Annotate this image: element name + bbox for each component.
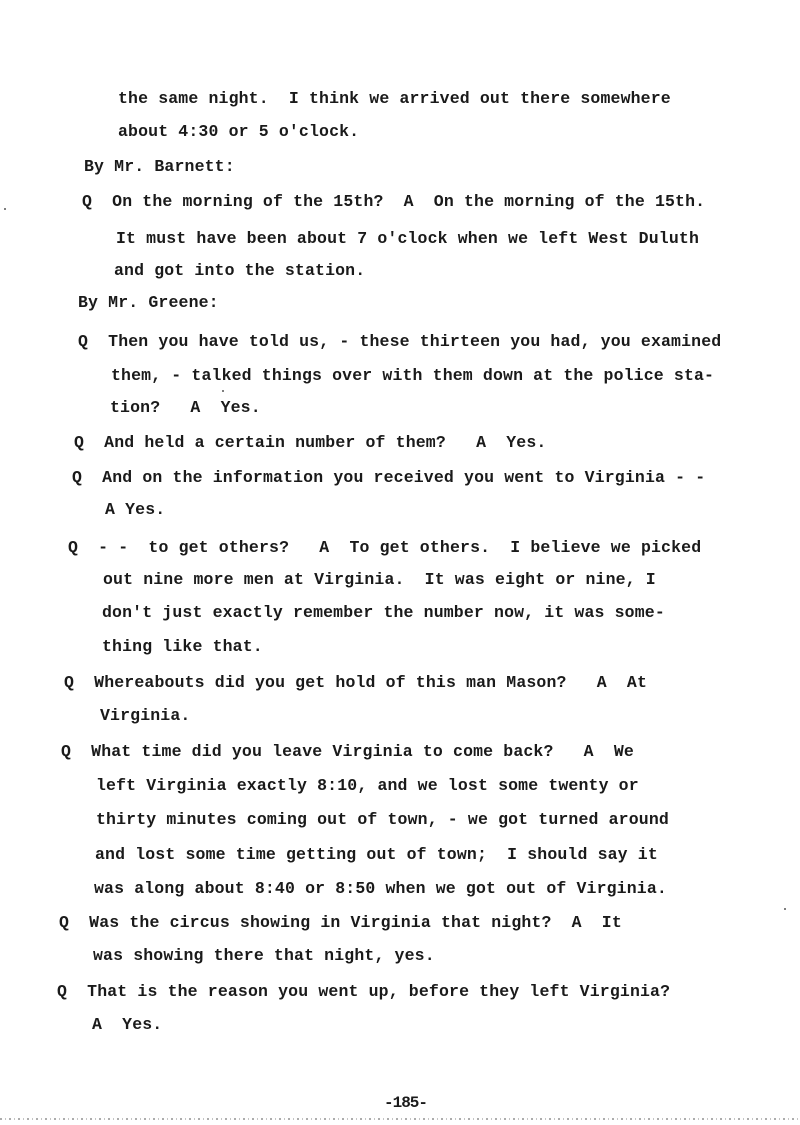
transcript-line: A Yes. <box>105 500 165 520</box>
transcript-line: and lost some time getting out of town; … <box>95 845 658 865</box>
answer-line: A Yes. <box>92 1015 162 1035</box>
question-line: Q - - to get others? A To get others. I … <box>68 538 701 558</box>
scan-edge-artifact <box>0 1118 800 1120</box>
transcript-line: Virginia. <box>100 706 190 726</box>
transcript-line: about 4:30 or 5 o'clock. <box>118 122 359 142</box>
page-number: -185- <box>384 1093 427 1113</box>
examiner-heading: By Mr. Greene: <box>78 293 219 313</box>
question-line: Q And on the information you received yo… <box>72 468 705 488</box>
question-line: Q And held a certain number of them? A Y… <box>74 433 546 453</box>
transcript-line: don't just exactly remember the number n… <box>102 603 665 623</box>
question-line: Q Then you have told us, - these thirtee… <box>78 332 721 352</box>
question-line: Q That is the reason you went up, before… <box>57 982 670 1002</box>
question-line: Q Whereabouts did you get hold of this m… <box>64 673 647 693</box>
transcript-line: thing like that. <box>102 637 263 657</box>
transcript-line: them, - talked things over with them dow… <box>111 366 714 386</box>
question-line: Q Was the circus showing in Virginia tha… <box>59 913 622 933</box>
transcript-line: and got into the station. <box>114 261 365 281</box>
scan-speck <box>784 908 786 910</box>
scan-speck <box>222 390 224 392</box>
transcript-line: was along about 8:40 or 8:50 when we got… <box>94 879 667 899</box>
transcript-line: was showing there that night, yes. <box>93 946 435 966</box>
transcript-line: left Virginia exactly 8:10, and we lost … <box>96 776 639 796</box>
examiner-heading: By Mr. Barnett: <box>84 157 235 177</box>
transcript-line: thirty minutes coming out of town, - we … <box>96 810 669 830</box>
question-line: Q What time did you leave Virginia to co… <box>61 742 634 762</box>
transcript-line: tion? A Yes. <box>110 398 261 418</box>
transcript-line: It must have been about 7 o'clock when w… <box>116 229 699 249</box>
transcript-page: the same night. I think we arrived out t… <box>0 0 800 1125</box>
transcript-line: the same night. I think we arrived out t… <box>118 89 671 109</box>
question-line: Q On the morning of the 15th? A On the m… <box>82 192 705 212</box>
transcript-line: out nine more men at Virginia. It was ei… <box>103 570 656 590</box>
scan-speck <box>4 208 6 210</box>
